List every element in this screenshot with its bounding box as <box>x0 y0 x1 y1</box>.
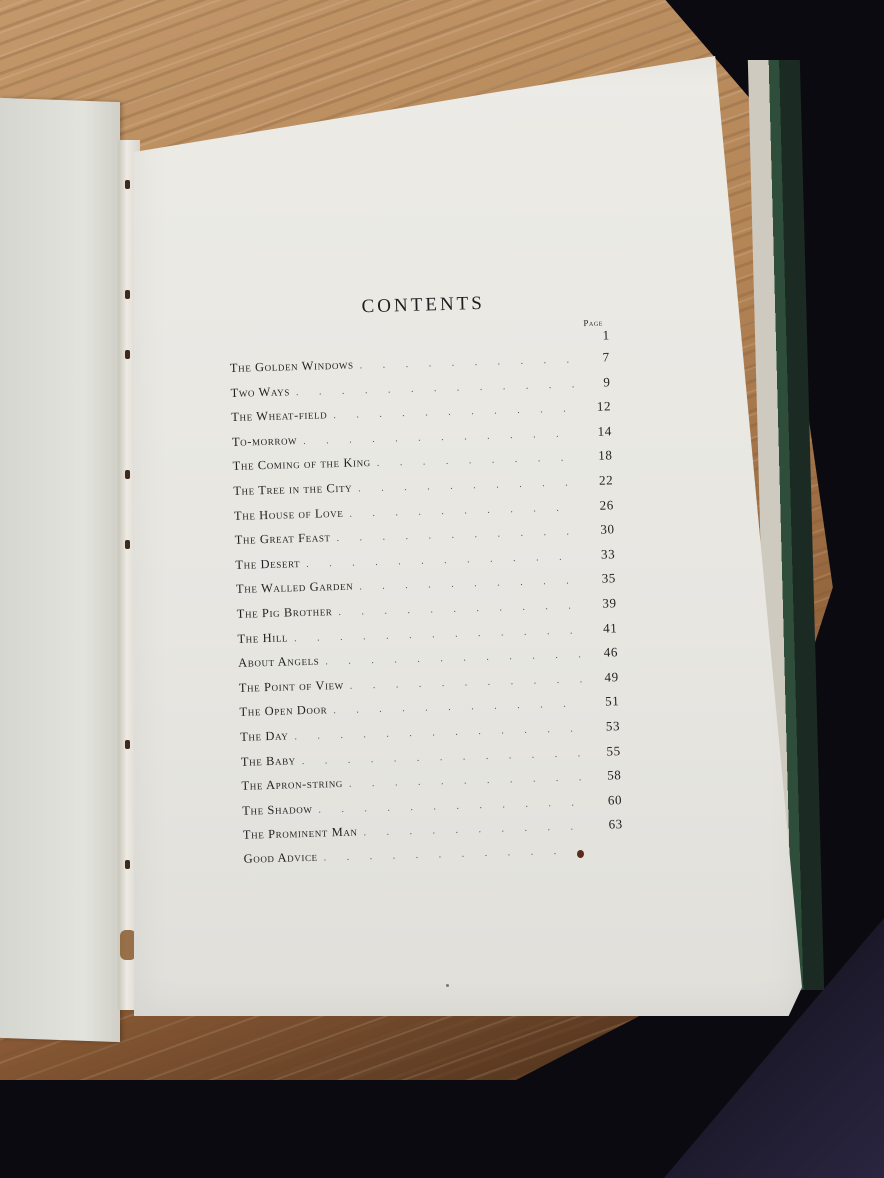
entry-title: To-morrow <box>232 433 298 450</box>
entry-page-number: 26 <box>586 497 614 514</box>
dot-leader: . . . . . . . . . . . . . . . . . . . . … <box>318 797 588 816</box>
entry-page-number: 7 <box>582 349 610 366</box>
dot-leader: . . . . . . . . . . . . . . . . . . . . … <box>349 502 580 519</box>
entry-page-number: 58 <box>593 767 621 784</box>
entry-page-number: 60 <box>594 792 622 809</box>
dot-leader: . . . . . . . . . . . . . . . . . . . . … <box>338 600 583 618</box>
binding-stitch <box>125 540 130 549</box>
paper-speck <box>446 984 449 987</box>
entry-page-number: 9 <box>582 374 610 391</box>
entry-page-number: 63 <box>595 816 623 833</box>
binding-stitch <box>125 350 130 359</box>
binding-stitch <box>125 470 130 479</box>
binding-stitch <box>125 290 130 299</box>
entry-title: The Prominent Man <box>243 825 358 843</box>
dot-leader: . . . . . . . . . . . . . . . . . . . . … <box>306 551 581 570</box>
entry-title: The Hill <box>237 630 288 646</box>
dot-leader: . . . . . . . . . . . . . . . . . . . . … <box>363 821 589 838</box>
dot-leader: . . . . . . . . . . . . . . . . . . . . … <box>358 477 579 494</box>
dot-leader: . . . . . . . . . . . . . . . . . . . . … <box>294 723 586 742</box>
entry-page-number: 51 <box>591 694 619 711</box>
entry-page-number <box>596 852 624 853</box>
dot-leader: . . . . . . . . . . . . . . . . . . . . … <box>336 526 580 544</box>
dot-leader: . . . . . . . . . . . . . . . . . . . . … <box>360 354 576 371</box>
dot-leader: . . . . . . . . . . . . . . . . . . . . … <box>303 428 578 447</box>
entry-title: The Great Feast <box>235 530 331 548</box>
entry-page-number: 33 <box>587 546 615 563</box>
entry-title: The House of Love <box>234 505 344 523</box>
entry-page-number: 22 <box>585 472 613 489</box>
dot-leader: . . . . . . . . . . . . . . . . . . . . … <box>349 772 588 790</box>
entry-page-number: 41 <box>589 620 617 637</box>
entry-title: The Pig Brother <box>237 604 333 622</box>
binding-stitch <box>125 180 130 189</box>
dot-leader: . . . . . . . . . . . . . . . . . . . . … <box>325 649 584 667</box>
dot-leader: . . . . . . . . . . . . . . . . . . . . … <box>359 576 582 593</box>
rust-stain <box>120 930 136 960</box>
entry-title: The Apron-string <box>241 776 343 794</box>
dot-leader: . . . . . . . . . . . . . . . . . . . . … <box>296 379 577 398</box>
entry-page-number: 39 <box>588 595 616 612</box>
entry-title: The Day <box>240 728 289 744</box>
dot-leader: . . . . . . . . . . . . . . . . . . . . … <box>324 845 590 863</box>
toc-entries: The Golden Windows . . . . . . . . . . .… <box>230 349 624 876</box>
binding-stitch <box>125 860 130 869</box>
entry-page-number: 35 <box>588 571 616 588</box>
binding-stitch <box>125 740 130 749</box>
entry-title: The Desert <box>235 556 300 573</box>
left-page <box>0 98 120 1042</box>
entry-title: The Baby <box>241 753 296 770</box>
photo-scene: CONTENTS Page 1 The Golden Windows . . .… <box>0 0 884 1178</box>
entry-title: The Golden Windows <box>230 358 354 376</box>
entry-title: The Walled Garden <box>236 579 354 597</box>
entry-page-number: 30 <box>586 521 614 538</box>
dot-leader: . . . . . . . . . . . . . . . . . . . . … <box>333 403 577 421</box>
entry-page-number: 12 <box>583 399 611 416</box>
entry-page-number: 14 <box>584 423 612 440</box>
entry-title: The Wheat-field <box>231 407 327 425</box>
entry-title: The Tree in the City <box>233 481 352 499</box>
entry-page-number: 55 <box>593 743 621 760</box>
dot-leader: . . . . . . . . . . . . . . . . . . . . … <box>377 453 579 470</box>
dot-leader: . . . . . . . . . . . . . . . . . . . . … <box>333 698 585 716</box>
dot-leader: . . . . . . . . . . . . . . . . . . . . … <box>302 748 587 767</box>
entry-title: The Open Door <box>239 703 327 720</box>
dot-leader: . . . . . . . . . . . . . . . . . . . . … <box>350 674 585 692</box>
entry-page-number: 46 <box>590 644 618 661</box>
entry-page-number: 18 <box>584 448 612 465</box>
entry-page-number: 53 <box>592 718 620 735</box>
entry-title: Two Ways <box>230 384 290 401</box>
entry-title: The Point of View <box>239 678 344 696</box>
table-of-contents: CONTENTS Page 1 The Golden Windows . . .… <box>228 289 624 876</box>
entry-page-number: 49 <box>590 669 618 686</box>
entry-title: The Coming of the King <box>232 455 371 474</box>
entry-title: About Angels <box>238 654 320 671</box>
entry-title: The Shadow <box>242 802 313 819</box>
dot-leader: . . . . . . . . . . . . . . . . . . . . … <box>294 625 584 644</box>
entry-title: Good Advice <box>243 850 317 867</box>
